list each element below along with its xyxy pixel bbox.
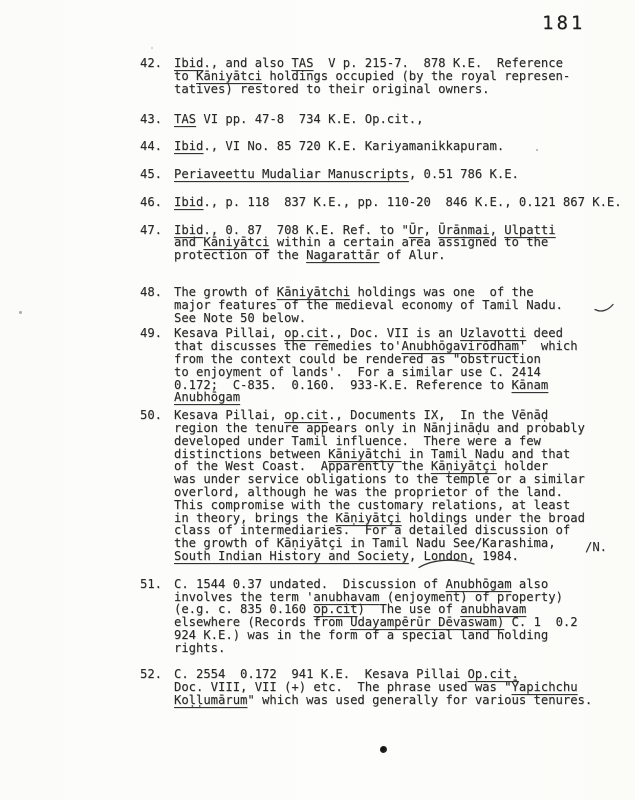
footnote-line: Periaveettu Mudaliar Manuscripts, 0.51 7… <box>174 168 629 181</box>
pen-tick-mark <box>594 303 614 314</box>
footnote-number: 49. <box>140 327 174 404</box>
footnote-text: Kesava Pillai, op.cit., Documents IX, In… <box>174 409 629 563</box>
footnote-line: Koḷḷumārum" which was used generally for… <box>174 694 629 707</box>
text-segment: 924 K.E.) was in the form of a special l… <box>174 628 548 642</box>
text-segment: of Alur. <box>379 248 445 262</box>
footnote-line: TAS VI pp. 47-8 734 K.E. Op.cit., <box>174 113 629 126</box>
footnote-line: rights. <box>174 642 629 655</box>
text-segment: VI pp. 47-8 734 K.E. Op.cit., <box>196 112 423 126</box>
footnote-text: Periaveettu Mudaliar Manuscripts, 0.51 7… <box>174 168 629 181</box>
text-segment: , 0.51 786 K.E. <box>409 167 519 181</box>
footnote-number: 47. <box>140 224 174 262</box>
footnote-number: 50. <box>140 409 174 563</box>
footnote: 43.TAS VI pp. 47-8 734 K.E. Op.cit., <box>140 113 629 126</box>
footnote-line: 924 K.E.) was in the form of a special l… <box>174 629 629 642</box>
text-segment: protection of the <box>174 248 306 262</box>
text-segment: tatives) restored to their original owne… <box>174 82 490 96</box>
footnote-text: Ibid., 0. 87 708 K.E. Ref. to "Ūr, Ūrānm… <box>174 224 629 262</box>
underlined-term: Periaveettu Mudaliar Manuscripts <box>174 167 409 181</box>
footnote-text: Kesava Pillai, op.cit., Doc. VII is an U… <box>174 327 629 404</box>
footnote-line: South Indian History and Society, London… <box>174 550 629 563</box>
scan-speck <box>536 149 538 151</box>
underlined-term: Nagarattār <box>306 248 379 262</box>
footnote-number: 43. <box>140 113 174 126</box>
footnote: 44.Ibid., VI No. 85 720 K.E. Kariyamanik… <box>140 140 629 153</box>
footnote-line: Ibid., p. 118 837 K.E., pp. 110-20 846 K… <box>174 196 629 209</box>
text-segment: rights. <box>174 641 225 655</box>
footnote: 49.Kesava Pillai, op.cit., Doc. VII is a… <box>140 327 629 404</box>
footnote-line: protection of the Nagarattār of Alur. <box>174 249 629 262</box>
page-number: 181 <box>542 12 585 34</box>
scan-speck <box>151 47 153 49</box>
underlined-term: South Indian History and Society <box>174 549 409 563</box>
footnote-text: Ibid., p. 118 837 K.E., pp. 110-20 846 K… <box>174 196 629 209</box>
footnote-line: 0.172; C-835. 0.160. 933-K.E. Reference … <box>174 379 629 392</box>
footnote-line: tatives) restored to their original owne… <box>174 83 629 96</box>
underlined-term: TAS <box>174 112 196 126</box>
footnote-number: 45. <box>140 168 174 181</box>
underlined-term: Ibid <box>174 195 203 209</box>
underlined-term: Kānam <box>512 378 549 392</box>
footnote-number: 52. <box>140 668 174 706</box>
text-segment: " which was used generally for various t… <box>247 693 592 707</box>
footnote-line: Anubhōgam <box>174 391 629 404</box>
margin-insertion-note: /N. <box>585 540 607 554</box>
footnote-text: TAS VI pp. 47-8 734 K.E. Op.cit., <box>174 113 629 126</box>
footnote: 48.The growth of Kāniyātchi holdings was… <box>140 286 629 324</box>
ink-dot-mark <box>380 746 387 753</box>
text-segment: ., VI No. 85 720 K.E. Kariyamanikkapuram… <box>203 139 504 153</box>
footnote-text: The growth of Kāniyātchi holdings was on… <box>174 286 629 324</box>
footnote-text: Ibid., and also TAS V p. 215-7. 878 K.E.… <box>174 57 629 95</box>
footnote-number: 48. <box>140 286 174 324</box>
text-segment: See Note 50 below. <box>174 311 306 325</box>
footnote-number: 46. <box>140 196 174 209</box>
footnote-line: Ibid., VI No. 85 720 K.E. Kariyamanikkap… <box>174 140 629 153</box>
footnote-number: 42. <box>140 57 174 95</box>
footnote: 51.C. 1544 0.37 undated. Discussion of A… <box>140 578 629 655</box>
footnote-text: Ibid., VI No. 85 720 K.E. Kariyamanikkap… <box>174 140 629 153</box>
footnote-number: 44. <box>140 140 174 153</box>
underlined-term: Ibid <box>174 139 203 153</box>
footnote: 50.Kesava Pillai, op.cit., Documents IX,… <box>140 409 629 563</box>
footnote-number: 51. <box>140 578 174 655</box>
footnote-line: See Note 50 below. <box>174 312 629 325</box>
footnote-text: C. 2554 0.172 941 K.E. Kesava Pillai Op.… <box>174 668 629 706</box>
scanned-document-page: 181 42.Ibid., and also TAS V p. 215-7. 8… <box>0 0 635 800</box>
footnote-text: C. 1544 0.37 undated. Discussion of Anub… <box>174 578 629 655</box>
footnote: 42.Ibid., and also TAS V p. 215-7. 878 K… <box>140 57 629 95</box>
underlined-term: Anubhōgam <box>174 390 240 404</box>
underlined-term: Koḷḷumārum <box>174 693 247 707</box>
footnote: 45.Periaveettu Mudaliar Manuscripts, 0.5… <box>140 168 629 181</box>
scan-speck <box>19 311 22 314</box>
footnote: 52.C. 2554 0.172 941 K.E. Kesava Pillai … <box>140 668 629 706</box>
pen-swash-mark <box>418 557 476 570</box>
footnote: 46.Ibid., p. 118 837 K.E., pp. 110-20 84… <box>140 196 629 209</box>
footnote: 47.Ibid., 0. 87 708 K.E. Ref. to "Ūr, Ūr… <box>140 224 629 262</box>
text-segment: ., p. 118 837 K.E., pp. 110-20 846 K.E.,… <box>203 195 621 209</box>
footnotes-list: 42.Ibid., and also TAS V p. 215-7. 878 K… <box>140 57 629 707</box>
